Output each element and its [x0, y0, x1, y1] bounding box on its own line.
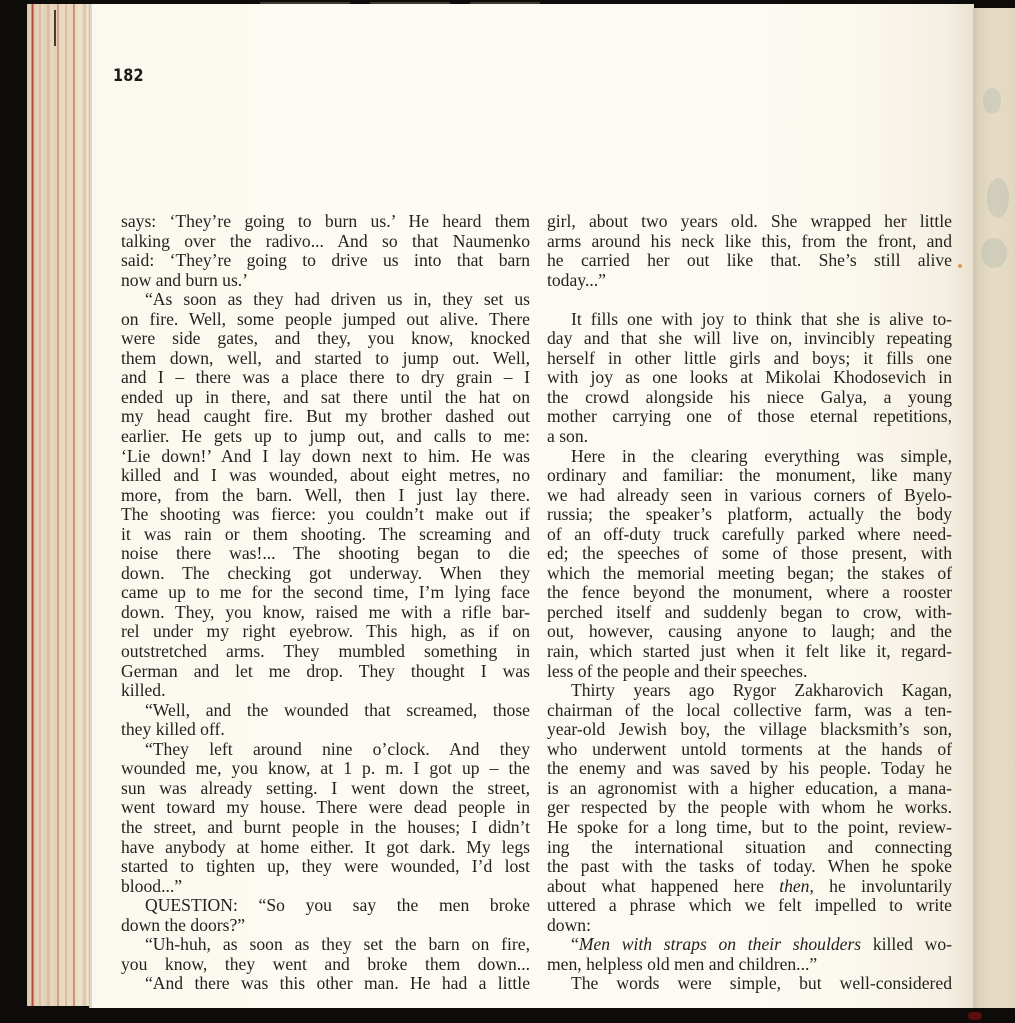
- text-line: they killed off.: [121, 720, 530, 740]
- text-line: a son.: [547, 427, 952, 447]
- text-line: girl, about two years old. She wrapped h…: [547, 212, 952, 232]
- text-line: perched itself and suddenly began to cro…: [547, 603, 952, 623]
- text-line: we had already seen in various corners o…: [547, 486, 952, 506]
- ink-speck: [958, 264, 962, 268]
- facing-page: [973, 8, 1015, 1008]
- text-line: says: ‘They’re going to burn us.’ He hea…: [121, 212, 530, 232]
- text-line: wounded me, you know, at 1 p. m. I got u…: [121, 759, 530, 779]
- text-line: rel under my right eyebrow. This high, a…: [121, 622, 530, 642]
- text-line: He spoke for a long time, but to the poi…: [547, 818, 952, 838]
- paper-stain: [981, 238, 1007, 268]
- text-line: uttered a phrase which we felt impelled …: [547, 896, 952, 916]
- text-line: down the doors?”: [121, 916, 530, 936]
- text-line: less of the people and their speeches.: [547, 662, 952, 682]
- bookmark-ribbon-tip: [968, 1012, 982, 1020]
- text-line: QUESTION: “So you say the men broke: [121, 896, 530, 916]
- paper-stain: [983, 88, 1001, 114]
- text-line: Here in the clearing everything was simp…: [547, 447, 952, 467]
- text-line: down. They, you know, raised me with a r…: [121, 603, 530, 623]
- right-text-column: girl, about two years old. She wrapped h…: [547, 212, 952, 994]
- text-line: ed; the speeches of some of those presen…: [547, 544, 952, 564]
- text-line: have anybody at home either. It got dark…: [121, 838, 530, 858]
- text-line: The words were simple, but well-consider…: [547, 974, 952, 994]
- text-line: German and let me drop. They thought I w…: [121, 662, 530, 682]
- text-line: on fire. Well, some people jumped out al…: [121, 310, 530, 330]
- text-line: out, however, causing anyone to laugh; a…: [547, 622, 952, 642]
- text-line: day and that she will live on, invincibl…: [547, 329, 952, 349]
- text-line: Thirty years ago Rygor Zakharovich Kagan…: [547, 681, 952, 701]
- text-line: ger respected by the people with whom he…: [547, 798, 952, 818]
- stacked-page-edges: [27, 4, 89, 1006]
- text-line: earlier. He gets up to jump out, and cal…: [121, 427, 530, 447]
- text-line: he carried her out like that. She’s stil…: [547, 251, 952, 271]
- text-line: which the memorial meeting began; the st…: [547, 564, 952, 584]
- left-text-column: says: ‘They’re going to burn us.’ He hea…: [121, 212, 530, 994]
- text-line: them down, well, and started to jump out…: [121, 349, 530, 369]
- text-line: mother carrying one of those eternal rep…: [547, 407, 952, 427]
- text-line: started to tighten up, they were wounded…: [121, 857, 530, 877]
- text-line: year-old Jewish boy, the village blacksm…: [547, 720, 952, 740]
- text-line: more, from the barn. Well, then I just l…: [121, 486, 530, 506]
- text-line: russia; the speaker’s platform, actually…: [547, 505, 952, 525]
- text-line: arms around his neck like this, from the…: [547, 232, 952, 252]
- text-line: the fence beyond the monument, where a r…: [547, 583, 952, 603]
- text-line: herself in other little girls and boys; …: [547, 349, 952, 369]
- text-line: killed.: [121, 681, 530, 701]
- text-line: my head caught fire. But my brother dash…: [121, 407, 530, 427]
- text-line: of an off-duty truck carefully parked wh…: [547, 525, 952, 545]
- text-line: the crowd alongside his niece Galya, a y…: [547, 388, 952, 408]
- text-line: the enemy and was saved by his people. T…: [547, 759, 952, 779]
- text-line: were side gates, and they, you know, kno…: [121, 329, 530, 349]
- text-line: and I – there was a place there to dry g…: [121, 368, 530, 388]
- text-line: ing the international situation and conn…: [547, 838, 952, 858]
- text-line: ordinary and familiar: the monument, lik…: [547, 466, 952, 486]
- text-line: now and burn us.’: [121, 271, 530, 291]
- page-inner-border: [90, 4, 92, 1008]
- text-line: came up to me for the second time, I’m l…: [121, 583, 530, 603]
- text-line: men, helpless old men and children...”: [547, 955, 952, 975]
- text-line: ‘Lie down!’ And I lay down next to him. …: [121, 447, 530, 467]
- text-line: The shooting was fierce: you couldn’t ma…: [121, 505, 530, 525]
- text-line: said: ‘They’re going to drive us into th…: [121, 251, 530, 271]
- text-line: It fills one with joy to think that she …: [547, 310, 952, 330]
- page-number: 182: [113, 66, 144, 86]
- text-line: the street, and burnt people in the hous…: [121, 818, 530, 838]
- paper-stain: [987, 178, 1009, 218]
- text-line: “They left around nine o’clock. And they: [121, 740, 530, 760]
- text-line: sun was already setting. I went down the…: [121, 779, 530, 799]
- text-line: today...”: [547, 271, 952, 291]
- text-line: ended up in there, and sat there until t…: [121, 388, 530, 408]
- text-line: is an agronomist with a higher education…: [547, 779, 952, 799]
- text-line: “And there was this other man. He had a …: [121, 974, 530, 994]
- text-line: down. The checking got underway. When th…: [121, 564, 530, 584]
- text-line: about what happened here then, he involu…: [547, 877, 952, 897]
- text-line: “Men with straps on their shoulders kill…: [547, 935, 952, 955]
- text-line: with joy as one looks at Mikolai Khodose…: [547, 368, 952, 388]
- text-line: talking over the radivo... And so that N…: [121, 232, 530, 252]
- text-line: noise there was!... The shooting began t…: [121, 544, 530, 564]
- text-line: rain, which started just when it felt li…: [547, 642, 952, 662]
- text-line: who underwent untold torments at the han…: [547, 740, 952, 760]
- text-line: down:: [547, 916, 952, 936]
- text-line: you know, they went and broke them down.…: [121, 955, 530, 975]
- text-line: the past with the tasks of today. When h…: [547, 857, 952, 877]
- text-line: “Well, and the wounded that screamed, th…: [121, 701, 530, 721]
- text-line: it was rain or them shooting. The scream…: [121, 525, 530, 545]
- text-line: chairman of the local collective farm, w…: [547, 701, 952, 721]
- book-scan: 182 says: ‘They’re going to burn us.’ He…: [0, 0, 1015, 1023]
- text-line: killed and I was wounded, about eight me…: [121, 466, 530, 486]
- paragraph-gap: [547, 290, 952, 310]
- text-line: blood...”: [121, 877, 530, 897]
- text-line: “Uh-huh, as soon as they set the barn on…: [121, 935, 530, 955]
- text-line: “As soon as they had driven us in, they …: [121, 290, 530, 310]
- text-line: went toward my house. There were dead pe…: [121, 798, 530, 818]
- text-line: outstretched arms. They mumbled somethin…: [121, 642, 530, 662]
